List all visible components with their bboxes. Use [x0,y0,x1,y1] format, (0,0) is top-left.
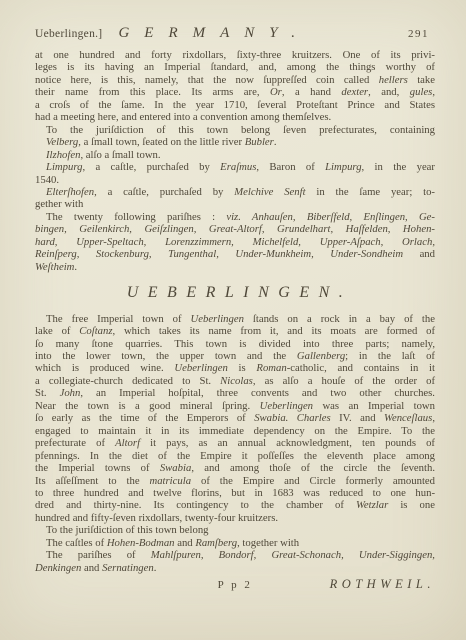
text-line: Limpurg, a caſtle, purchaſed by Eraſmus,… [35,161,435,173]
italic-text-run: Wetzlar [356,499,388,511]
text-line: hard, Upper-Speltach, Lorenzzimmern, Mic… [35,236,435,248]
italic-text-run: Ilzhofen [46,149,80,161]
italic-text-run: dexter [341,86,368,98]
text-line: To the juriſdiction of this town belong … [35,124,435,136]
text-run: To the juriſdiction of this town belong [46,524,209,536]
text-run: the Imperial towns of [35,462,160,474]
text-run: , a ſmall town, ſeated on the little riv… [78,136,245,148]
italic-text-run: hard, Upper-Speltach, Lorenzzimmern, Mic… [35,236,435,248]
text-run: , a caſtle, purchaſed by [82,161,220,173]
text-run: Near the town is a good mineral ſpring. [35,400,260,412]
text-line: The caſtles of Hohen-Bodman and Ramſberg… [35,537,435,549]
italic-text-run: Or [270,86,282,98]
italic-text-run: Melchive Senft [234,186,305,198]
italic-text-run: Limpurg [46,161,82,173]
text-run: , Baron of [256,161,325,173]
text-line: into the lower town, the upper town and … [35,350,435,362]
text-run: at one hundred and forty rixdollars, ſix… [35,49,435,61]
text-line: dred and thirty-nine. Its contingency to… [35,499,435,511]
text-line: had a meeting here, and entered into a c… [35,111,435,123]
italic-text-run: Gallenberg [297,350,345,362]
text-line: which is produced wine. Ueberlingen is R… [35,362,435,374]
text-run: St. [35,387,60,399]
text-run: , which takes its name from it, and its … [113,325,436,337]
italic-text-run: Roman [256,362,286,374]
text-line: engaged to maintain it in its immediate … [35,425,435,437]
text-run: , [432,86,435,98]
text-run: it pays, as an annual acknowledgment, te… [140,437,435,449]
running-head-section: Ueberlingen.] [35,28,102,40]
text-line: to three hundred and twelve florins, but… [35,487,435,499]
italic-text-run: viz. Anhauſen, Biberſfeld, Enſlingen, Ge… [226,211,435,223]
text-run: -catholic, and contains in it [287,362,435,374]
text-line: Reinſperg, Stockenburg, Tungenthal, Unde… [35,248,435,260]
italic-text-run: Swabia. Charles [254,412,330,424]
text-line: Elterſhofen, a caſtle, purchaſed by Melc… [35,186,435,198]
text-line: bingen, Geilenkirch, Geiſzlingen, Great-… [35,223,435,235]
text-run: . [274,136,277,148]
text-run: into the lower town, the upper town and … [35,350,297,362]
text-run: , together with [237,537,299,549]
text-line: prefecturate of Altorf it pays, as an an… [35,437,435,449]
text-run: was an Imperial town [313,400,435,412]
text-run: and [403,248,435,260]
text-line: a collegiate-church dedicated to St. Nic… [35,375,435,387]
italic-text-run: Swabia [160,462,191,474]
italic-text-run: Sernatingen [102,562,154,574]
text-line: notice here, is this, namely, that the n… [35,74,435,86]
italic-text-run: Bubler [245,136,274,148]
text-line: their name from this place. Its arms are… [35,86,435,98]
text-run: , and among thoſe of the circle the ſeve… [191,462,435,474]
text-run: leges is its having an Imperial ſtandard… [35,61,435,73]
text-run: ſo early as the time of the Emperors of [35,412,254,424]
text-run: is one [388,499,435,511]
italic-text-run: Eraſmus [220,161,256,173]
text-line: ſo many ſtone quarries. This town is div… [35,338,435,350]
text-run: a collegiate-church dedicated to St. [35,375,220,387]
text-line: hundred and fifty-ſeven rixdollars, twen… [35,512,435,524]
text-line: Weſtheim. [35,261,435,273]
text-run: ; in the laſt of [345,350,435,362]
running-head-title: GERMANY. [118,25,310,42]
section-heading: UEBERLINGEN. [35,287,435,299]
text-run: The caſtles of [46,537,107,549]
running-head: Ueberlingen.] GERMANY. 291 [35,25,435,42]
italic-text-run: John [60,387,81,399]
italic-text-run: matricula [149,475,191,487]
text-run: 1540. [35,174,59,186]
text-run: To the juriſdiction of this town belong … [46,124,435,136]
italic-text-run: Hohen-Bodman [107,537,175,549]
text-run: The free Imperial town of [46,313,191,325]
italic-text-run: Denkingen [35,562,81,574]
text-run: and [175,537,196,549]
text-line: at one hundred and forty rixdollars, ſix… [35,49,435,61]
text-run: prefecturate of [35,437,115,449]
text-line: leges is its having an Imperial ſtandard… [35,61,435,73]
book-page: Ueberlingen.] GERMANY. 291 at one hundre… [0,0,466,640]
paragraph: The free Imperial town of Ueberlingen ſt… [35,313,435,575]
text-run: , in the year [362,161,435,173]
text-line: lake of Coſtanz, which takes its name fr… [35,325,435,337]
text-run: take [408,74,435,86]
text-run: The pariſhes of [46,549,151,561]
text-line: To the juriſdiction of this town belong [35,524,435,536]
text-run: . [154,562,157,574]
text-run: IV. and [331,412,384,424]
italic-text-run: Mahlſpuren, Bondorf, Great-Schonach, Und… [151,549,435,561]
italic-text-run: Weſtheim [35,261,74,273]
text-run: , a caſtle, purchaſed by [94,186,234,198]
text-run: is [228,362,257,374]
text-line: 1540. [35,174,435,186]
italic-text-run: Nicolas [220,375,253,387]
text-line: a croſs of the ſame. In the year 1710, ſ… [35,99,435,111]
text-line: pfennings. In the diet of the Empire it … [35,450,435,462]
text-run: , as alſo a houſe of the order of [253,375,435,387]
text-run: in the ſame year; to- [306,186,435,198]
text-run: ſtands on a rock in a bay of the [244,313,435,325]
italic-text-run: gules [410,86,433,98]
text-run: a croſs of the ſame. In the year 1710, ſ… [35,99,435,111]
text-line: St. John, an Imperial hoſpital, three co… [35,387,435,399]
text-run: Its aſſeſſment to the [35,475,149,487]
italic-text-run: Ueberlingen [174,362,227,374]
text-run: hundred and fifty-ſeven rixdollars, twen… [35,512,278,524]
catchword: ROTHWEIL. [330,577,435,592]
page-number: 291 [408,28,429,40]
text-line: the Imperial towns of Swabia, and among … [35,462,435,474]
italic-text-run: Limpurg [325,161,361,173]
text-run: pfennings. In the diet of the Empire it … [35,450,435,462]
text-run: , and, [368,86,410,98]
text-line: Its aſſeſſment to the matricula of the E… [35,475,435,487]
text-run: , alſo a ſmall town. [80,149,160,161]
page-footer: P p 2 ROTHWEIL. [35,577,435,592]
text-line: Denkingen and Sernatingen. [35,562,435,574]
text-line: Ilzhofen, alſo a ſmall town. [35,149,435,161]
text-run: gether with [35,198,83,210]
italic-text-run: Velberg [46,136,78,148]
paragraph: To the juriſdiction of this town belong … [35,124,435,273]
italic-text-run: Coſtanz [79,325,112,337]
text-run: . [74,261,77,273]
italic-text-run: Reinſperg, Stockenburg, Tungenthal, Unde… [35,248,403,260]
italic-text-run: Elterſhofen [46,186,94,198]
italic-text-run: hellers [379,74,408,86]
italic-text-run: Ueberlingen [260,400,313,412]
text-line: The pariſhes of Mahlſpuren, Bondorf, Gre… [35,549,435,561]
text-run: engaged to maintain it in its immediate … [35,425,435,437]
text-run: ſo many ſtone quarries. This town is div… [35,338,435,350]
text-line: The free Imperial town of Ueberlingen ſt… [35,313,435,325]
text-run: The twenty following pariſhes : [46,211,226,223]
italic-text-run: Altorf [115,437,140,449]
text-line: The twenty following pariſhes : viz. Anh… [35,211,435,223]
text-run: dred and thirty-nine. Its contingency to… [35,499,356,511]
text-line: Near the town is a good mineral ſpring. … [35,400,435,412]
page-body: at one hundred and forty rixdollars, ſix… [35,49,435,574]
text-run: notice here, is this, namely, that the n… [35,74,379,86]
text-run: had a meeting here, and entered into a c… [35,111,331,123]
italic-text-run: Ramſberg [195,537,237,549]
italic-text-run: Wenceſlaus [384,412,432,424]
text-run: their name from this place. Its arms are… [35,86,270,98]
text-run: , [432,412,435,424]
paragraph: at one hundred and forty rixdollars, ſix… [35,49,435,124]
text-run: , a hand [282,86,342,98]
italic-text-run: Ueberlingen [191,313,244,325]
text-run: of the Empire and Circle formerly amount… [191,475,435,487]
text-run: to three hundred and twelve florins, but… [35,487,435,499]
italic-text-run: bingen, Geilenkirch, Geiſzlingen, Great-… [35,223,435,235]
text-line: ſo early as the time of the Emperors of … [35,412,435,424]
text-run: , an Imperial hoſpital, three convents a… [80,387,435,399]
signature-mark: P p 2 [218,579,253,591]
text-run: lake of [35,325,79,337]
text-line: Velberg, a ſmall town, ſeated on the lit… [35,136,435,148]
text-run: and [81,562,102,574]
text-line: gether with [35,198,435,210]
text-run: which is produced wine. [35,362,174,374]
